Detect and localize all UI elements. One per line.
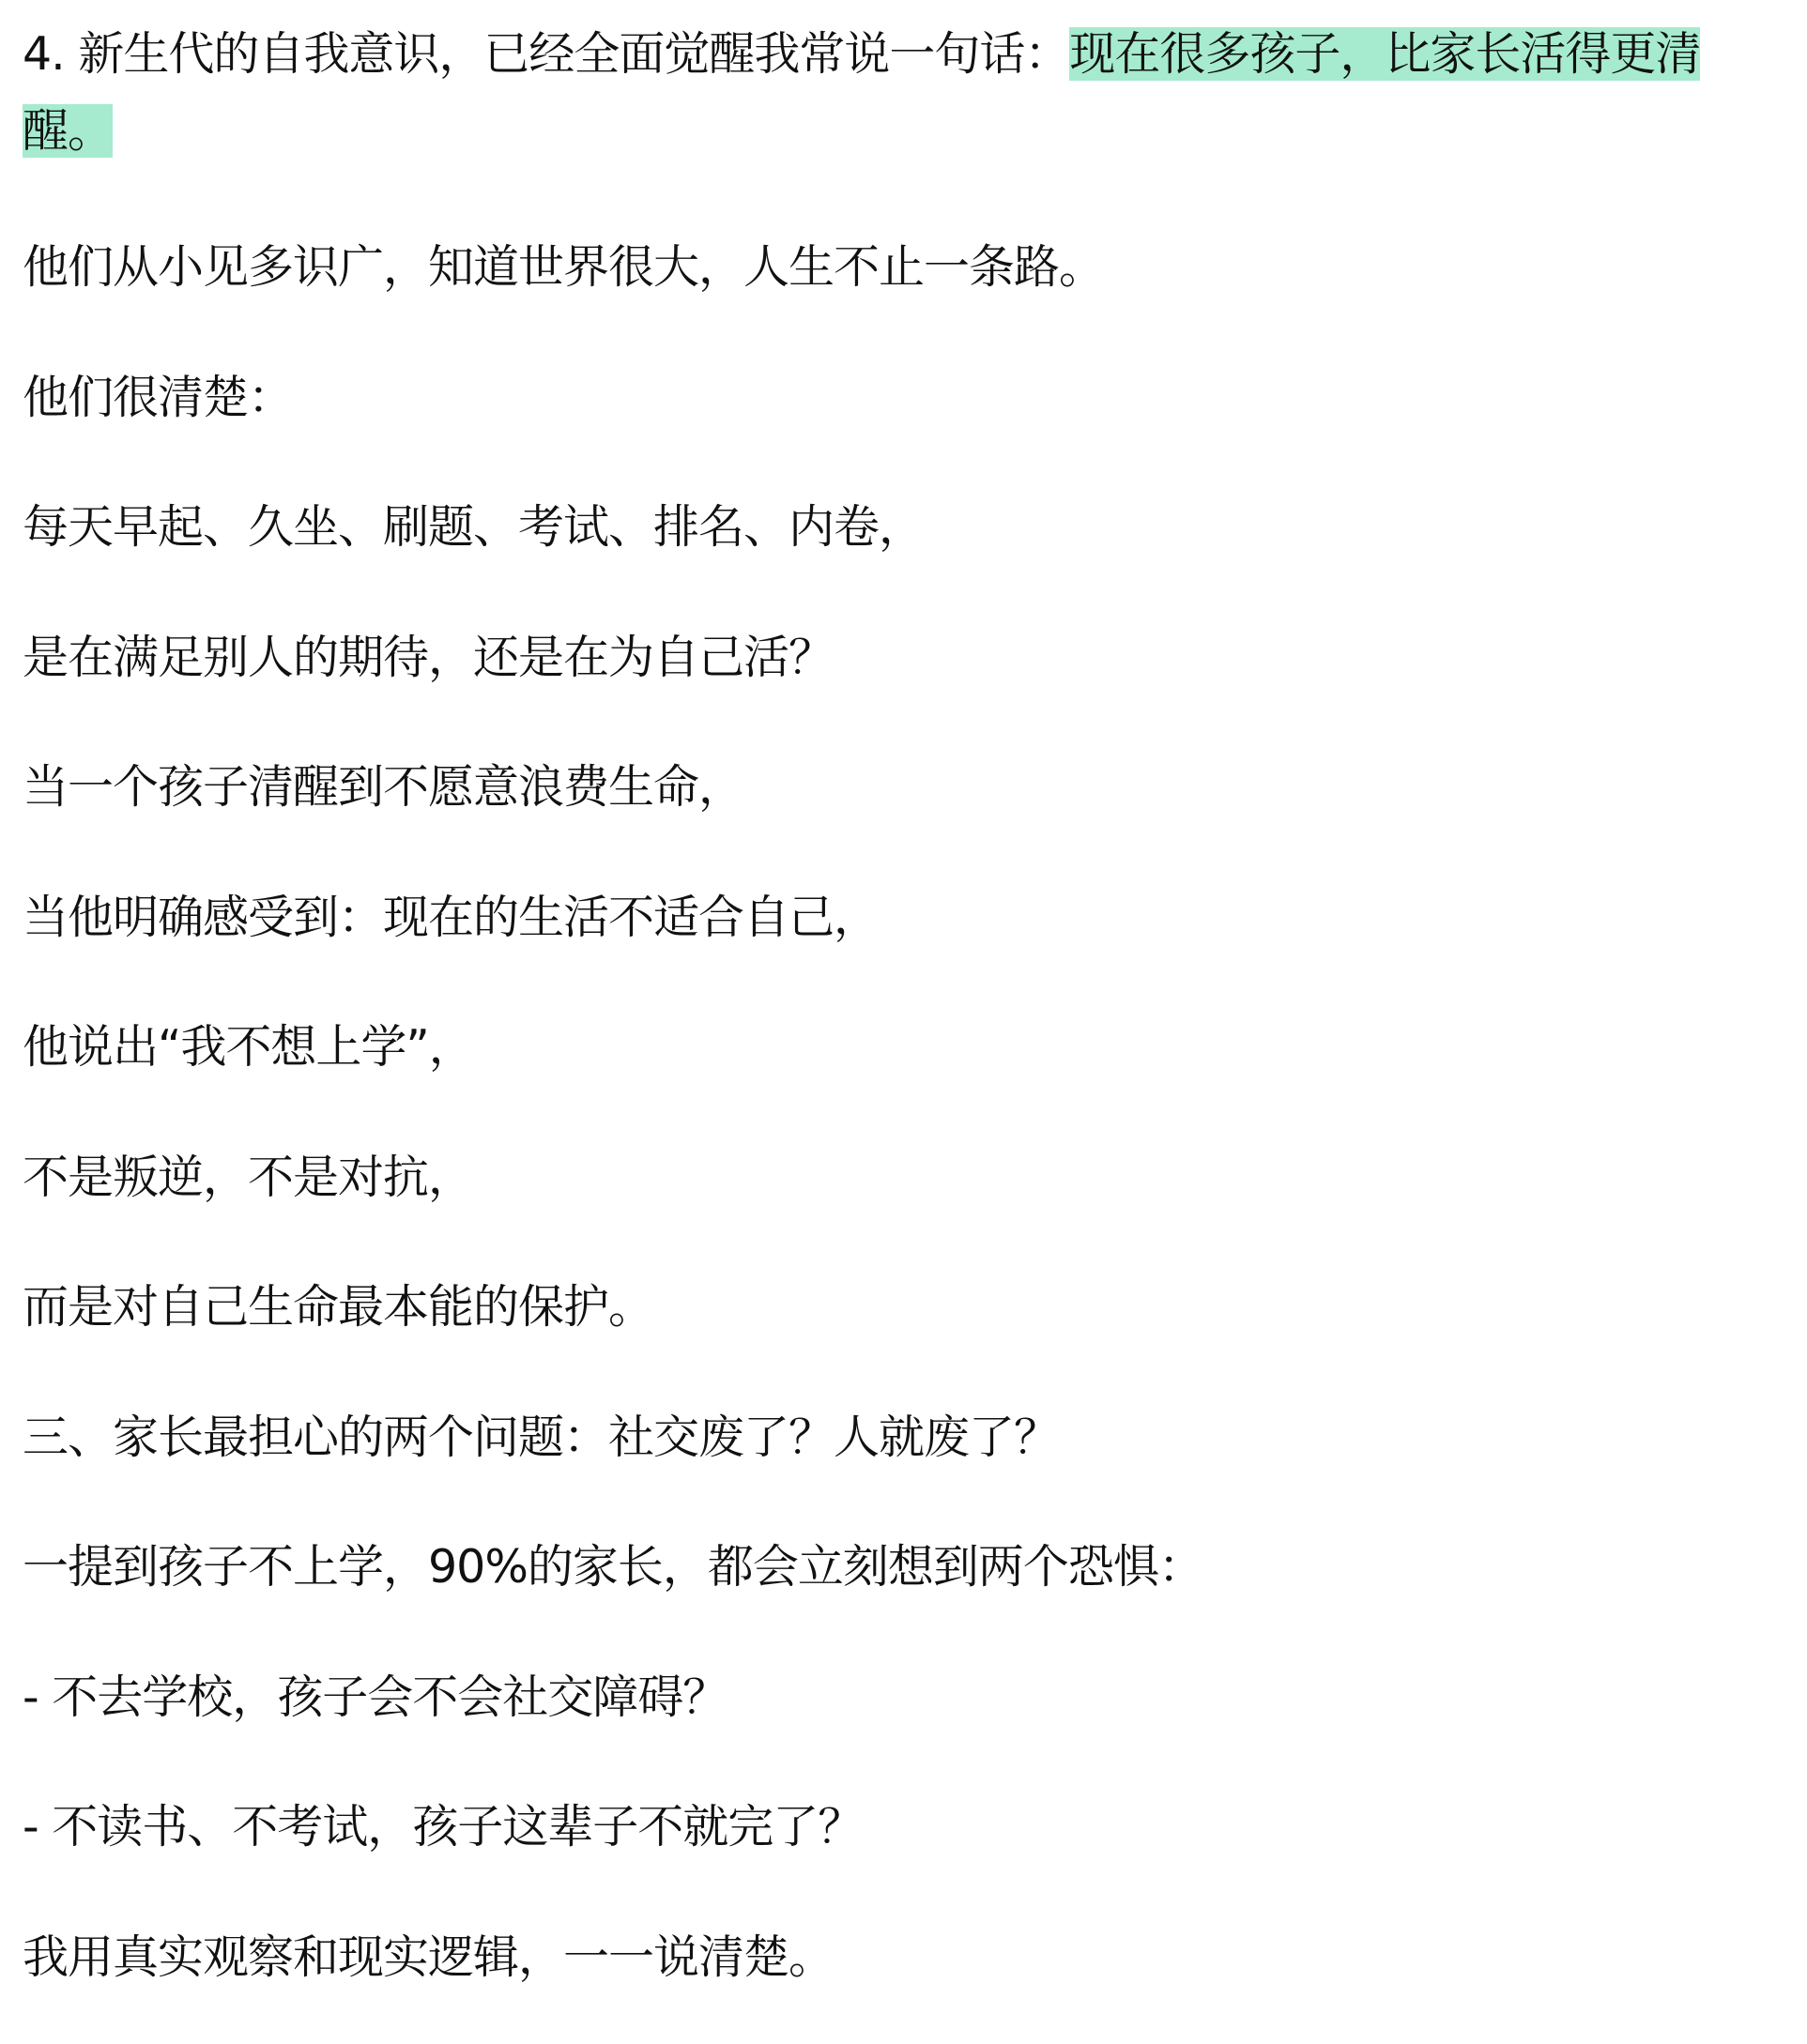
paragraph: 不是叛逆，不是对抗， xyxy=(23,1139,473,1216)
paragraph: 一提到孩子不上学，90%的家长，都会立刻想到两个恐惧： xyxy=(23,1529,1203,1606)
heading-plain-text: 4. 新生代的自我意识，已经全面觉醒我常说一句话： xyxy=(23,27,1069,81)
paragraph: 而是对自己生命最本能的保护。 xyxy=(23,1269,653,1346)
paragraph: 我用真实观察和现实逻辑，一一说清楚。 xyxy=(23,1919,834,1996)
paragraph: 当他明确感受到：现在的生活不适合自己， xyxy=(23,879,879,956)
highlighted-text-continued[interactable]: 醒。 xyxy=(23,104,113,158)
paragraph: 当一个孩子清醒到不愿意浪费生命， xyxy=(23,749,743,826)
paragraph: 他们很清楚： xyxy=(23,359,293,436)
paragraph: 他们从小见多识广，知道世界很大，人生不止一条路。 xyxy=(23,229,1104,306)
paragraph-heading-4: 4. 新生代的自我意识，已经全面觉醒我常说一句话：现在很多孩子，比家长活得更清 xyxy=(23,16,1700,93)
paragraph: 他说出“我不想上学”， xyxy=(23,1009,474,1086)
paragraph: 每天早起、久坐、刷题、考试、排名、内卷， xyxy=(23,489,924,566)
paragraph-heading-4-continued: 醒。 xyxy=(23,93,113,170)
list-item: - 不去学校，孩子会不会社交障碍？ xyxy=(23,1659,727,1736)
section-heading: 三、家长最担心的两个问题：社交废了？人就废了？ xyxy=(23,1399,1059,1476)
list-item: - 不读书、不考试，孩子这辈子不就完了？ xyxy=(23,1789,863,1866)
paragraph: 是在满足别人的期待，还是在为自己活？ xyxy=(23,619,834,696)
highlighted-text[interactable]: 现在很多孩子，比家长活得更清 xyxy=(1069,27,1700,81)
